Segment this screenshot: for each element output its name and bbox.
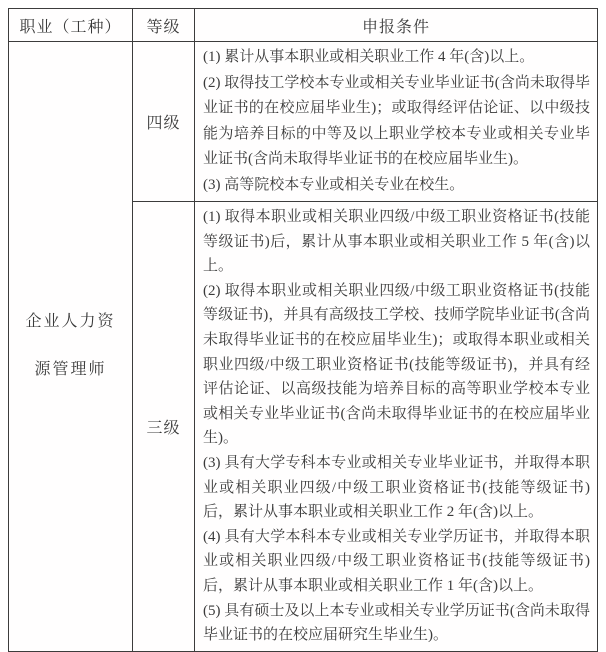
condition-item: (2) 取得本职业或相关职业四级/中级工职业资格证书(技能等级证书)，并具有高级… <box>203 279 590 451</box>
condition-item: (5) 具有硕士及以上本专业或相关专业学历证书(含尚未取得毕业证书的在校应届研究… <box>203 599 590 648</box>
table-row-level-4: 企业人力资源管理师 四级 (1) 累计从事本职业或相关职业工作 4 年(含)以上… <box>9 42 598 202</box>
qualification-conditions-table: 职业（工种） 等级 申报条件 企业人力资源管理师 四级 (1) 累计从事本职业或… <box>8 8 598 650</box>
level-cell-4: 四级 <box>133 42 195 202</box>
header-occupation: 职业（工种） <box>9 9 133 42</box>
occupation-name: 企业人力资源管理师 <box>25 298 117 394</box>
condition-item: (1) 累计从事本职业或相关职业工作 4 年(含)以上。 <box>203 45 590 71</box>
header-level: 等级 <box>133 9 195 42</box>
condition-item: (2) 取得技工学校本专业或相关专业毕业证书(含尚未取得毕业证书的在校应届毕业生… <box>203 71 590 173</box>
conditions-cell-level-4: (1) 累计从事本职业或相关职业工作 4 年(含)以上。 (2) 取得技工学校本… <box>195 42 598 202</box>
condition-item: (4) 具有大学本科本专业或相关专业学历证书，并取得本职业或相关职业四级/中级工… <box>203 525 590 599</box>
condition-item: (1) 取得本职业或相关职业四级/中级工职业资格证书(技能等级证书)后，累计从事… <box>203 205 590 279</box>
condition-item: (3) 具有大学专科本专业或相关专业毕业证书，并取得本职业或相关职业四级/中级工… <box>203 451 590 525</box>
header-conditions: 申报条件 <box>195 9 598 42</box>
conditions-cell-level-3: (1) 取得本职业或相关职业四级/中级工职业资格证书(技能等级证书)后，累计从事… <box>195 202 598 651</box>
occupation-cell: 企业人力资源管理师 <box>9 42 133 651</box>
table-header-row: 职业（工种） 等级 申报条件 <box>9 9 598 42</box>
condition-item: (3) 高等院校本专业或相关专业在校生。 <box>203 173 590 199</box>
level-cell-3: 三级 <box>133 202 195 651</box>
